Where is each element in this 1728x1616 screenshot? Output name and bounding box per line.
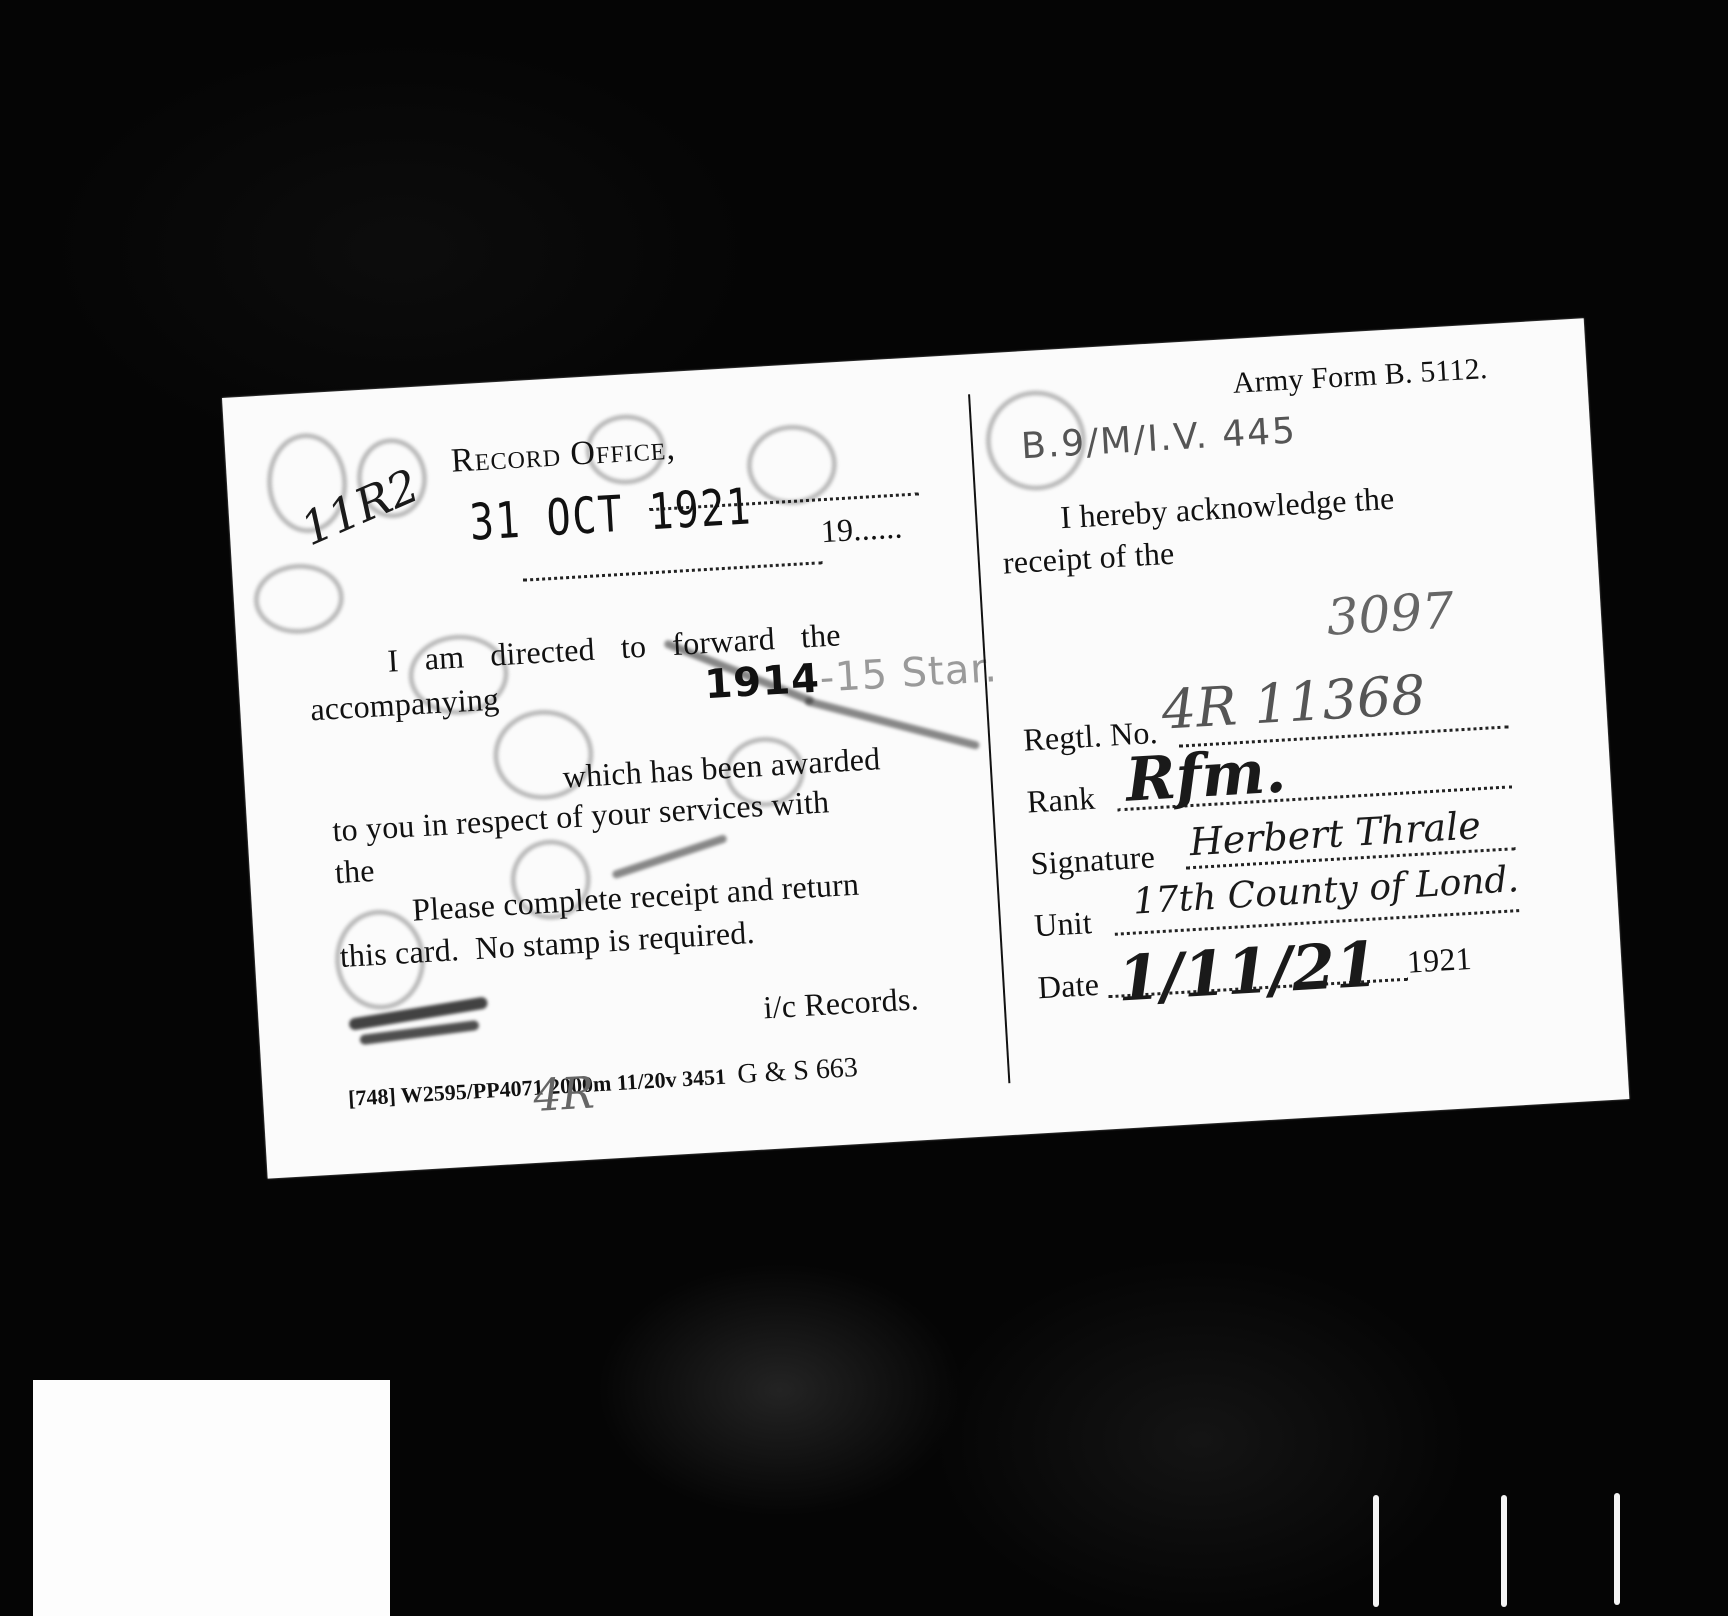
- signoff-records: i/c Records.: [762, 980, 919, 1026]
- field-value-rank: Rfm.: [1124, 737, 1288, 816]
- ack-line-2: receipt of the: [1002, 535, 1175, 582]
- ghost-handwriting: [611, 834, 727, 879]
- body-line-5: the: [334, 852, 376, 891]
- field-value-regtl-no: 4R 11368: [1160, 663, 1427, 741]
- film-frame-mark: [1614, 1493, 1620, 1605]
- bottom-annotation: 4R: [532, 1067, 596, 1121]
- film-frame-white-patch: [33, 1380, 390, 1616]
- field-label-rank: Rank: [1026, 780, 1096, 821]
- field-label-date: Date: [1037, 966, 1100, 1007]
- form-number: Army Form B. 5112.: [1232, 352, 1489, 401]
- body-line-3: which has been awarded: [562, 740, 882, 796]
- ack-line-1: I hereby acknowledge the: [1059, 480, 1395, 536]
- medal-number: 3097: [1325, 581, 1455, 646]
- medal-receipt-card: 11R2 Record Office, 31 OCT 1921 19......…: [222, 318, 1629, 1178]
- panel-divider: [968, 394, 1010, 1083]
- medal-stamp-bold: 1914: [703, 656, 821, 709]
- printer-imprint: [748] W2595/PP4071 2000m 11/20v 3451 G &…: [347, 1052, 859, 1114]
- film-frame-mark: [1501, 1495, 1507, 1607]
- instruction-line-1: Please complete receipt and return: [411, 866, 860, 929]
- ghost-handwriting: [745, 422, 840, 507]
- field-value-date: 1/11/21: [1115, 927, 1380, 1015]
- date-dotted-line-2: [523, 561, 823, 582]
- ghost-handwriting: [252, 561, 346, 636]
- field-label-unit: Unit: [1033, 904, 1093, 944]
- body-line-2: accompanying: [309, 680, 500, 728]
- field-value-signature: Herbert Thrale: [1188, 803, 1481, 864]
- field-label-signature: Signature: [1030, 838, 1156, 882]
- film-frame-mark: [1373, 1495, 1379, 1607]
- printer-code: G & S 663: [736, 1052, 858, 1090]
- date-stamp: 31 OCT 1921: [468, 477, 753, 551]
- field-date-year-suffix: 1921: [1406, 940, 1473, 981]
- medal-stamp-faint: -15 Star.: [818, 645, 999, 701]
- year-suffix: 19......: [820, 508, 904, 550]
